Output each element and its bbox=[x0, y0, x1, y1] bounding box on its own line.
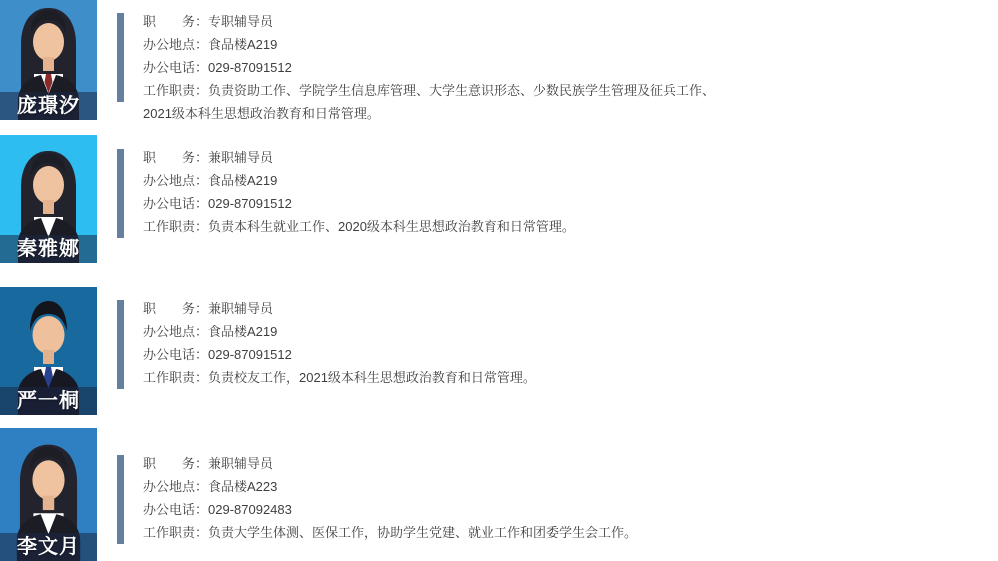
phone-label: 办公电话： bbox=[143, 196, 208, 211]
position-label: 职 务： bbox=[143, 301, 208, 316]
staff-photo: 李文月 bbox=[0, 428, 97, 561]
office-row: 办公地点：食品楼A219 bbox=[143, 169, 721, 192]
phone-value: 029-87092483 bbox=[208, 502, 292, 517]
duty-label: 工作职责： bbox=[143, 83, 208, 98]
phone-row: 办公电话：029-87091512 bbox=[143, 56, 721, 79]
office-row: 办公地点：食品楼A223 bbox=[143, 475, 721, 498]
duty-value: 负责资助工作、学院学生信息库管理、大学生意识形态、少数民族学生管理及征兵工作、2… bbox=[143, 83, 715, 121]
duty-label: 工作职责： bbox=[143, 219, 208, 234]
position-value: 专职辅导员 bbox=[208, 14, 273, 29]
duty-label: 工作职责： bbox=[143, 370, 208, 385]
staff-info: 职 务：兼职辅导员 办公地点：食品楼A219 办公电话：029-87091512… bbox=[143, 297, 721, 389]
position-value: 兼职辅导员 bbox=[208, 456, 273, 471]
position-label: 职 务： bbox=[143, 456, 208, 471]
office-label: 办公地点： bbox=[143, 324, 208, 339]
duty-row: 工作职责：负责本科生就业工作、2020级本科生思想政治教育和日常管理。 bbox=[143, 215, 721, 238]
office-row: 办公地点：食品楼A219 bbox=[143, 320, 721, 343]
staff-name: 庞璟汐 bbox=[0, 92, 97, 120]
duty-label: 工作职责： bbox=[143, 525, 208, 540]
staff-info: 职 务：兼职辅导员 办公地点：食品楼A223 办公电话：029-87092483… bbox=[143, 452, 721, 544]
duty-row: 工作职责：负责大学生体测、医保工作，协助学生党建、就业工作和团委学生会工作。 bbox=[143, 521, 721, 544]
office-label: 办公地点： bbox=[143, 173, 208, 188]
staff-photo: 秦雅娜 bbox=[0, 135, 97, 263]
position-label: 职 务： bbox=[143, 150, 208, 165]
office-label: 办公地点： bbox=[143, 37, 208, 52]
accent-bar bbox=[117, 13, 124, 102]
staff-info: 职 务：专职辅导员 办公地点：食品楼A219 办公电话：029-87091512… bbox=[143, 10, 721, 125]
position-label: 职 务： bbox=[143, 14, 208, 29]
office-value: 食品楼A219 bbox=[208, 37, 277, 52]
accent-bar bbox=[117, 149, 124, 238]
office-label: 办公地点： bbox=[143, 479, 208, 494]
office-value: 食品楼A219 bbox=[208, 324, 277, 339]
position-value: 兼职辅导员 bbox=[208, 301, 273, 316]
position-row: 职 务：兼职辅导员 bbox=[143, 452, 721, 475]
staff-name: 严一桐 bbox=[0, 387, 97, 415]
office-value: 食品楼A223 bbox=[208, 479, 277, 494]
staff-directory-page: 庞璟汐 职 务：专职辅导员 办公地点：食品楼A219 办公电话：029-8709… bbox=[0, 0, 998, 561]
phone-value: 029-87091512 bbox=[208, 347, 292, 362]
position-row: 职 务：兼职辅导员 bbox=[143, 297, 721, 320]
staff-photo: 严一桐 bbox=[0, 287, 97, 415]
phone-label: 办公电话： bbox=[143, 60, 208, 75]
staff-name: 李文月 bbox=[0, 533, 97, 561]
phone-value: 029-87091512 bbox=[208, 196, 292, 211]
office-value: 食品楼A219 bbox=[208, 173, 277, 188]
staff-info: 职 务：兼职辅导员 办公地点：食品楼A219 办公电话：029-87091512… bbox=[143, 146, 721, 238]
position-row: 职 务：专职辅导员 bbox=[143, 10, 721, 33]
duty-row: 工作职责：负责资助工作、学院学生信息库管理、大学生意识形态、少数民族学生管理及征… bbox=[143, 79, 721, 125]
accent-bar bbox=[117, 455, 124, 544]
office-row: 办公地点：食品楼A219 bbox=[143, 33, 721, 56]
phone-row: 办公电话：029-87091512 bbox=[143, 343, 721, 366]
phone-row: 办公电话：029-87092483 bbox=[143, 498, 721, 521]
duty-row: 工作职责：负责校友工作，2021级本科生思想政治教育和日常管理。 bbox=[143, 366, 721, 389]
staff-name: 秦雅娜 bbox=[0, 235, 97, 263]
duty-value: 负责本科生就业工作、2020级本科生思想政治教育和日常管理。 bbox=[208, 219, 575, 234]
position-row: 职 务：兼职辅导员 bbox=[143, 146, 721, 169]
accent-bar bbox=[117, 300, 124, 389]
duty-value: 负责校友工作，2021级本科生思想政治教育和日常管理。 bbox=[208, 370, 536, 385]
phone-label: 办公电话： bbox=[143, 347, 208, 362]
phone-value: 029-87091512 bbox=[208, 60, 292, 75]
phone-label: 办公电话： bbox=[143, 502, 208, 517]
phone-row: 办公电话：029-87091512 bbox=[143, 192, 721, 215]
staff-photo: 庞璟汐 bbox=[0, 0, 97, 120]
position-value: 兼职辅导员 bbox=[208, 150, 273, 165]
duty-value: 负责大学生体测、医保工作，协助学生党建、就业工作和团委学生会工作。 bbox=[208, 525, 637, 540]
